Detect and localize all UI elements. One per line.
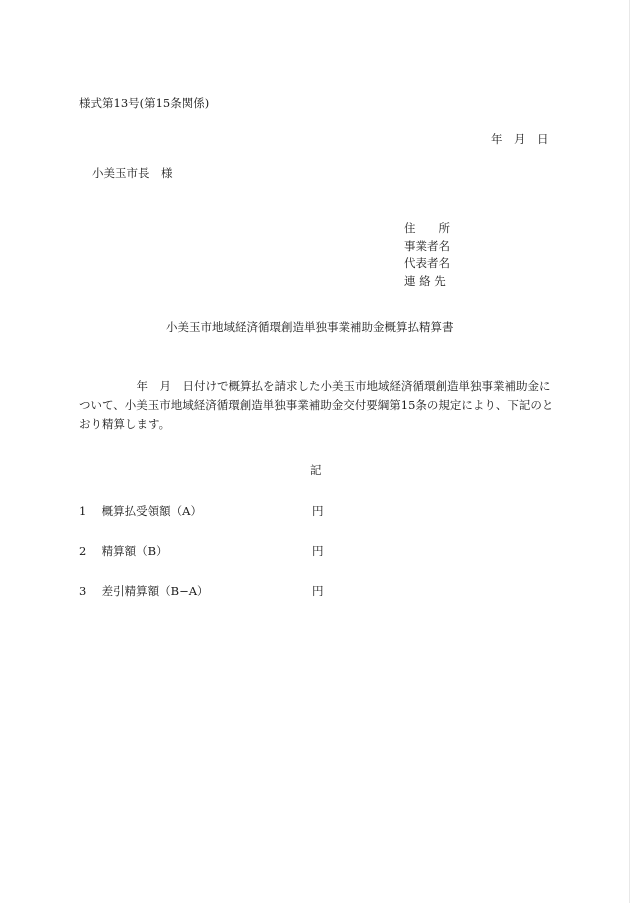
item-number: 2 <box>79 544 86 558</box>
address-label: 住 所 <box>404 220 450 238</box>
document-title: 小美玉市地域経済循環創造単独事業補助金概算払精算書 <box>166 322 454 334</box>
item-unit: 円 <box>312 586 324 598</box>
body-paragraph: 年 月 日付けで概算払を請求した小美玉市地域経済循環創造単独事業補助金に ついて… <box>79 377 554 434</box>
item-unit: 円 <box>312 546 324 558</box>
body-line-1: 年 月 日付けで概算払を請求した小美玉市地域経済循環創造単独事業補助金に <box>79 377 554 396</box>
contact-label: 連 絡 先 <box>404 273 450 291</box>
item-settlement-amount: 2 精算額（B） <box>79 546 168 558</box>
addressee: 小美玉市長 様 <box>92 168 173 180</box>
representative-label: 代表者名 <box>404 255 450 273</box>
item-advance-received: 1 概算払受領額（A） <box>79 506 202 518</box>
ki-heading: 記 <box>310 465 322 477</box>
item-unit: 円 <box>312 506 324 518</box>
applicant-block: 住 所 事業者名 代表者名 連 絡 先 <box>404 220 450 290</box>
business-name-label: 事業者名 <box>404 238 450 256</box>
item-number: 3 <box>79 584 86 598</box>
item-label: 概算払受領額（A） <box>102 504 202 518</box>
form-number: 様式第13号(第15条関係) <box>79 98 209 110</box>
item-label: 差引精算額（B−A） <box>102 584 209 598</box>
body-line-3: おり精算します。 <box>79 415 554 434</box>
item-label: 精算額（B） <box>102 544 168 558</box>
item-number: 1 <box>79 504 86 518</box>
body-line-2: ついて、小美玉市地域経済循環創造単独事業補助金交付要綱第15条の規定により、下記… <box>79 396 554 415</box>
item-difference-amount: 3 差引精算額（B−A） <box>79 586 209 598</box>
date-line: 年 月 日 <box>491 134 549 146</box>
